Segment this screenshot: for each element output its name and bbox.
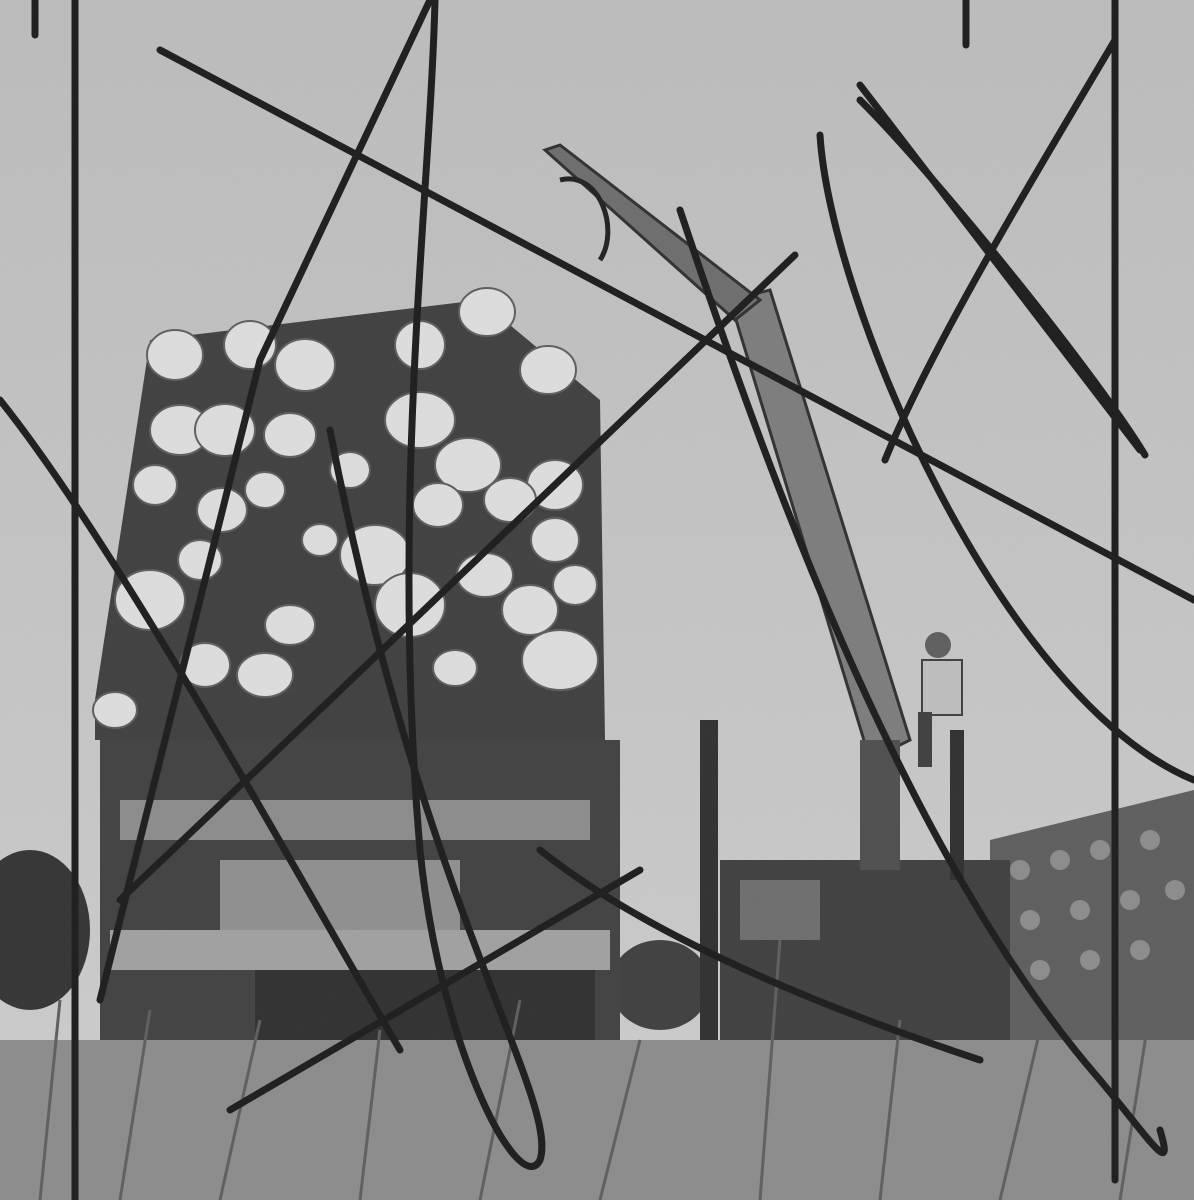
film-grain <box>0 0 1194 1200</box>
photo-canvas <box>0 0 1194 1200</box>
photograph <box>0 0 1194 1200</box>
